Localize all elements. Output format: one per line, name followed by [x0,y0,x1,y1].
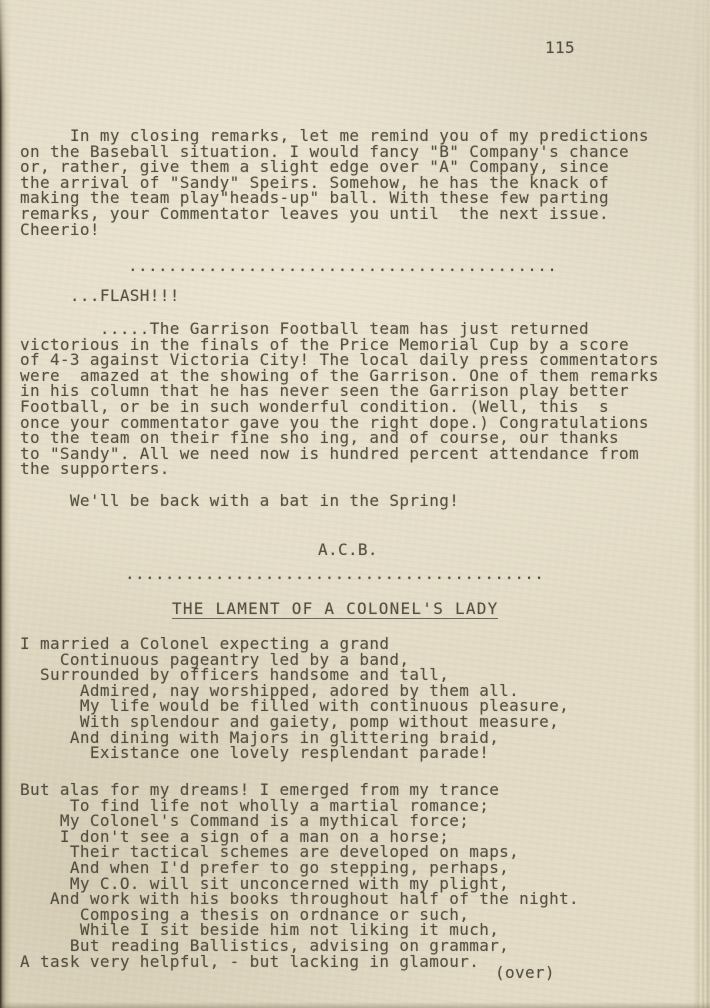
poem-title: THE LAMENT OF A COLONEL'S LADY [172,601,498,619]
football-news-paragraph: .....The Garrison Football team has just… [20,321,659,477]
page-number: 115 [545,40,575,56]
poem-stanza-1: I married a Colonel expecting a grand Co… [20,636,569,761]
binding-edge-shadow [0,0,11,1008]
poem-stanza-2: But alas for my dreams! I emerged from m… [20,782,579,969]
author-initials: A.C.B. [318,542,378,558]
scanned-document-page: 115 In my closing remarks, let me remind… [0,0,710,1008]
flash-headline: ...FLASH!!! [20,288,180,304]
signoff-line: We'll be back with a bat in the Spring! [20,493,459,509]
closing-remarks-paragraph: In my closing remarks, let me remind you… [20,128,649,237]
dotted-separator-middle: ........................................… [125,566,544,582]
over-page-label: (over) [495,965,555,981]
page-stack-edge [693,0,710,1008]
dotted-separator-top: ........................................… [128,258,557,274]
bottom-edge-shadow [0,1002,710,1008]
poem-title-wrap: THE LAMENT OF A COLONEL'S LADY [172,601,498,619]
